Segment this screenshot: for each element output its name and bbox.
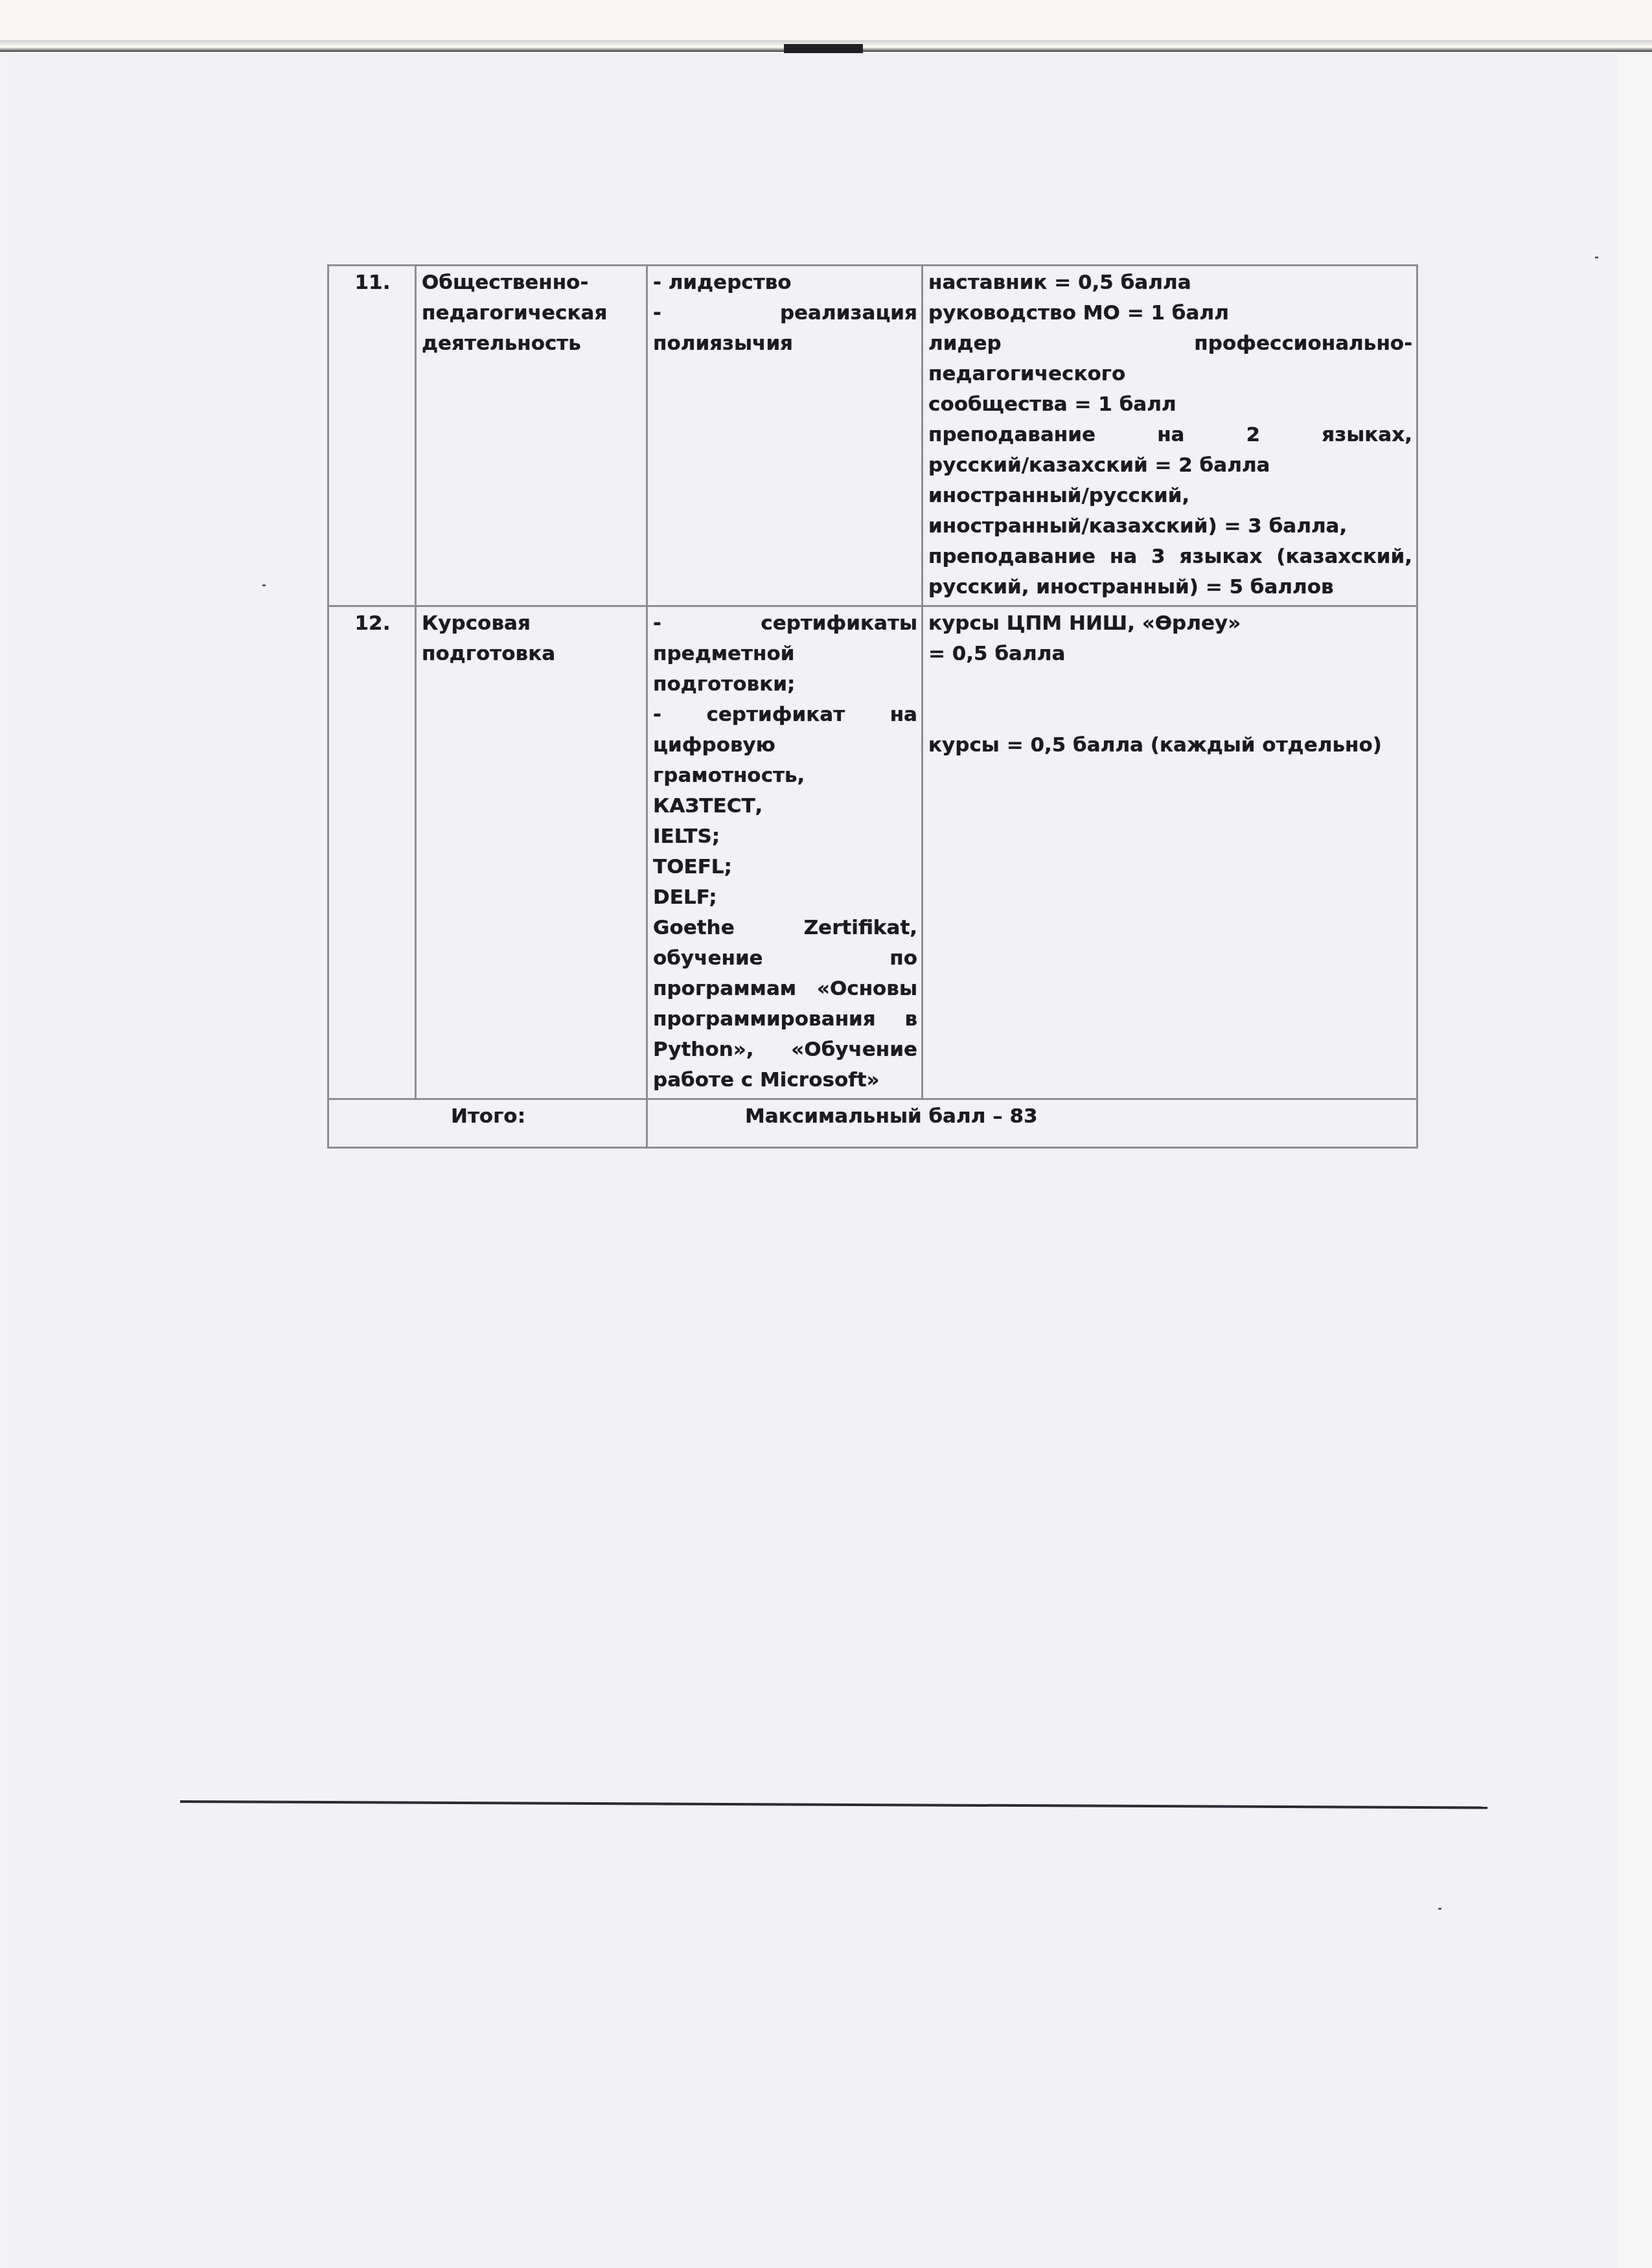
criteria-cell: - лидерство- реализацияполиязычия (647, 266, 923, 606)
total-row: Итого: Максимальный балл – 83 (328, 1099, 1417, 1148)
cell-line: - сертификат на (653, 700, 917, 730)
scoring-cell: курсы ЦПМ НИШ, «Өрлеу» = 0,5 балла курсы… (923, 606, 1417, 1099)
cell-line: Goethe Zertifikat, (653, 913, 917, 943)
cell-line: полиязычия (653, 328, 917, 359)
category-line: деятельность (422, 328, 642, 359)
cell-line: руководство МО = 1 балл (928, 298, 1412, 328)
cell-line: подготовки; (653, 669, 917, 700)
cell-line: TOEFL; (653, 852, 917, 882)
category-line: подготовка (422, 639, 642, 669)
cell-line: преподавание на 3 языках (казахский, (928, 542, 1412, 572)
cell-line: Python», «Обучение (653, 1035, 917, 1065)
cell-line: - реализация (653, 298, 917, 328)
category-cell: Курсовая подготовка (416, 606, 647, 1099)
scan-speck (1595, 257, 1598, 258)
evaluation-criteria-table: 11. Общественно- педагогическая деятельн… (327, 264, 1418, 1149)
cell-line (928, 700, 1412, 730)
cell-line: лидер профессионально-педагогического (928, 328, 1412, 389)
category-line: педагогическая (422, 298, 642, 328)
row-number: 11. (328, 266, 416, 606)
category-line: Общественно- (422, 268, 642, 298)
cell-line: преподавание на 2 языках, (928, 420, 1412, 450)
cell-line: курсы ЦПМ НИШ, «Өрлеу» (928, 608, 1412, 639)
max-score: Максимальный балл – 83 (647, 1099, 1417, 1148)
scoring-cell: наставник = 0,5 балларуководство МО = 1 … (923, 266, 1417, 606)
criteria-cell: - сертификатыпредметнойподготовки;- серт… (647, 606, 923, 1099)
cell-line: = 0,5 балла (928, 639, 1412, 669)
cell-line: - сертификаты (653, 608, 917, 639)
scan-speck (1438, 1908, 1441, 1910)
table-row: 11. Общественно- педагогическая деятельн… (328, 266, 1417, 606)
table-row: 12. Курсовая подготовка - сертификатыпре… (328, 606, 1417, 1099)
cell-line: сообщества = 1 балл (928, 389, 1412, 420)
cell-line: иностранный/русский, (928, 481, 1412, 511)
cell-line: русский/казахский = 2 балла (928, 450, 1412, 481)
row-number: 12. (328, 606, 416, 1099)
cell-line: наставник = 0,5 балла (928, 268, 1412, 298)
cell-line: - лидерство (653, 268, 917, 298)
scan-speck (262, 584, 266, 586)
category-line: Курсовая (422, 608, 642, 639)
cell-line: работе с Microsoft» (653, 1065, 917, 1095)
cell-line (928, 669, 1412, 700)
binder-clip-mark (784, 44, 863, 53)
cell-line: цифровую (653, 730, 917, 761)
scanner-background (0, 0, 1652, 45)
cell-line: КАЗТЕСТ, (653, 791, 917, 821)
cell-line: программирования в (653, 1004, 917, 1035)
cell-line: обучение по (653, 943, 917, 974)
cell-line: курсы = 0,5 балла (каждый отдельно) (928, 730, 1412, 761)
cell-line: грамотность, (653, 761, 917, 791)
page-right-edge (1617, 54, 1652, 2268)
cell-line: DELF; (653, 882, 917, 913)
cell-line: русский, иностранный) = 5 баллов (928, 572, 1412, 602)
category-cell: Общественно- педагогическая деятельность (416, 266, 647, 606)
cell-line: IELTS; (653, 821, 917, 852)
total-label: Итого: (328, 1099, 647, 1148)
cell-line: предметной (653, 639, 917, 669)
cell-line: иностранный/казахский) = 3 балла, (928, 511, 1412, 542)
cell-line: программам «Основы (653, 974, 917, 1004)
